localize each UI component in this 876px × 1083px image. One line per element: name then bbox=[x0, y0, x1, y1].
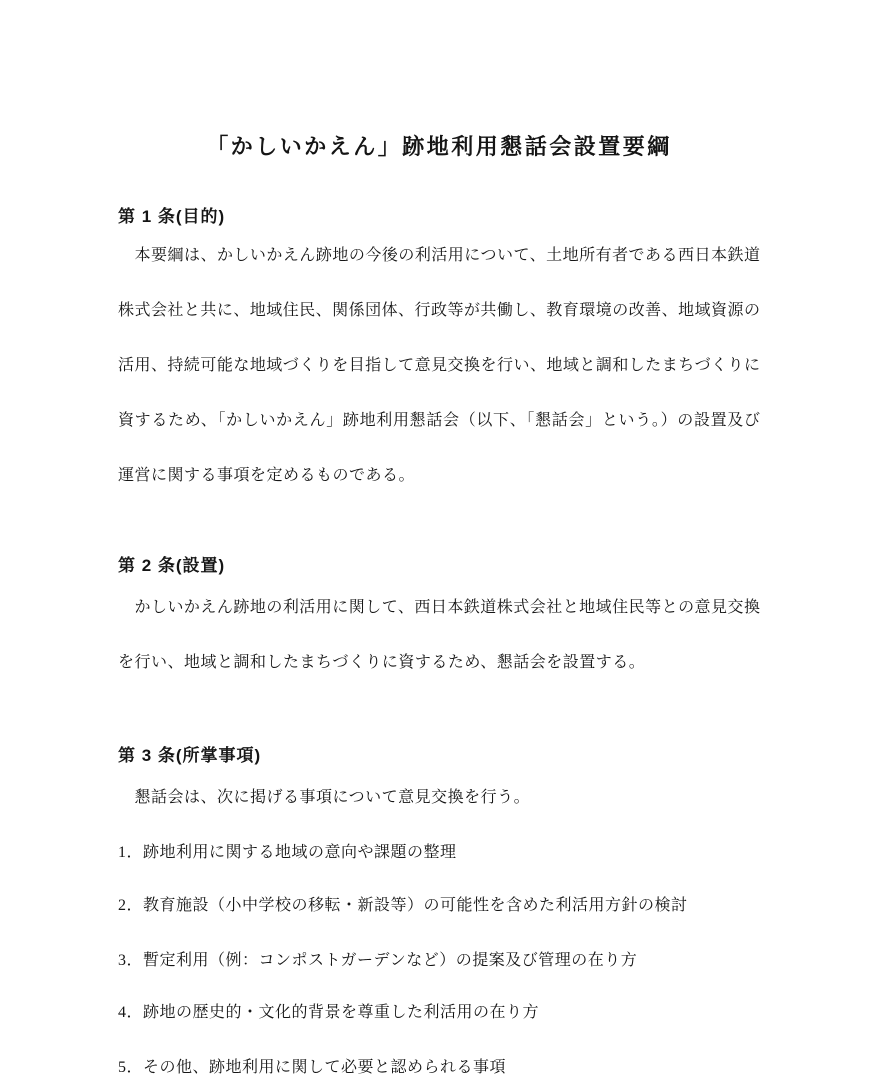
document-page: 「かしいかえん」跡地利用懇話会設置要綱 第 1 条(目的) 本要綱は、かしいかえ… bbox=[0, 0, 876, 1083]
article-3-item-3: 3．暫定利用（例：コンポストガーデンなど）の提案及び管理の在り方 bbox=[118, 946, 760, 976]
article-3-item-5: 5．その他、跡地利用に関して必要と認められる事項 bbox=[118, 1053, 760, 1083]
article-2-line-2: を行い、地域と調和したまちづくりに資するため、懇話会を設置する。 bbox=[118, 648, 760, 678]
document-title: 「かしいかえん」跡地利用懇話会設置要綱 bbox=[118, 131, 760, 163]
article-3-item-4: 4．跡地の歴史的・文化的背景を尊重した利活用の在り方 bbox=[118, 998, 760, 1028]
article-3-heading: 第 3 条(所掌事項) bbox=[118, 741, 261, 771]
article-1-line-1: 本要綱は、かしいかえん跡地の今後の利活用について、土地所有者である西日本鉄道 bbox=[118, 241, 760, 271]
article-3-item-2: 2．教育施設（小中学校の移転・新設等）の可能性を含めた利活用方針の検討 bbox=[118, 891, 760, 921]
article-1-heading: 第 1 条(目的) bbox=[118, 202, 225, 232]
article-2-heading: 第 2 条(設置) bbox=[118, 551, 225, 581]
article-1-line-5: 運営に関する事項を定めるものである。 bbox=[118, 461, 760, 491]
article-2-line-1: かしいかえん跡地の利活用に関して、西日本鉄道株式会社と地域住民等との意見交換 bbox=[118, 593, 760, 623]
article-3-line-1: 懇話会は、次に掲げる事項について意見交換を行う。 bbox=[118, 783, 760, 813]
article-1-line-4: 資するため、「かしいかえん」跡地利用懇話会（以下、「懇話会」という。）の設置及び bbox=[118, 406, 760, 436]
article-3-item-1: 1．跡地利用に関する地域の意向や課題の整理 bbox=[118, 838, 760, 868]
article-1-line-2: 株式会社と共に、地域住民、関係団体、行政等が共働し、教育環境の改善、地域資源の bbox=[118, 296, 760, 326]
article-1-line-3: 活用、持続可能な地域づくりを目指して意見交換を行い、地域と調和したまちづくりに bbox=[118, 351, 760, 381]
